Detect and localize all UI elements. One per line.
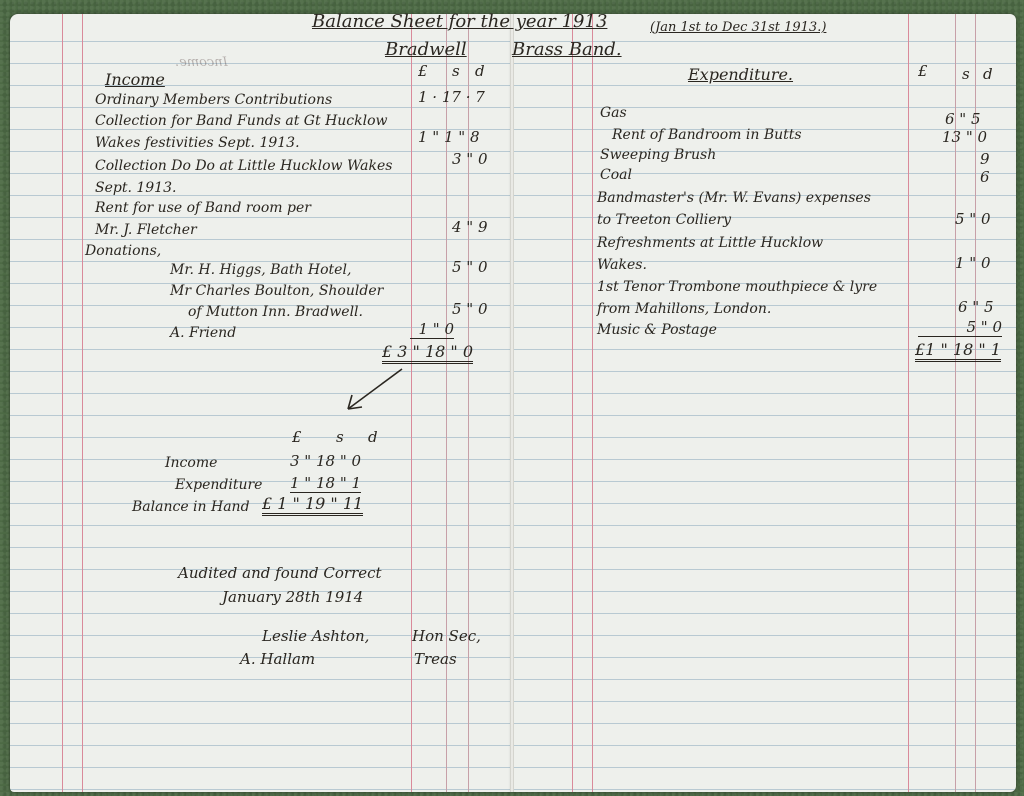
expenditure-item-label: Bandmaster's (Mr. W. Evans) expenses (597, 190, 871, 206)
income-item-label: Mr. H. Higgs, Bath Hotel, (170, 262, 351, 278)
income-item-label: Donations, (85, 243, 161, 259)
summary-header-pence: d (368, 428, 378, 446)
margin-rule (592, 14, 593, 792)
margin-rule (82, 14, 83, 792)
expenditure-item-label: Music & Postage (597, 322, 717, 338)
expenditure-item-label: Gas (600, 105, 627, 121)
income-item-label: Wakes festivities Sept. 1913. (95, 135, 300, 151)
signature-name: Leslie Ashton, (262, 628, 369, 644)
income-item-label: Sept. 1913. (95, 180, 176, 196)
margin-rule (572, 14, 573, 792)
header-pounds: £ (918, 62, 928, 80)
document-period: (Jan 1st to Dec 31st 1913.) (650, 20, 826, 36)
income-item-label: Mr. J. Fletcher (95, 222, 197, 238)
expenditure-item-amount: 1 " 0 (955, 254, 991, 272)
arrow-icon (340, 365, 410, 415)
header-shillings: s (962, 65, 970, 83)
expenditure-total: £1 " 18 " 1 (915, 340, 1001, 362)
income-item-label: Rent for use of Band room per (95, 200, 311, 216)
expenditure-item-label: Refreshments at Little Hucklow (597, 235, 823, 251)
bleed-through-text: Income. (175, 55, 228, 70)
income-item-amount: 1 " 0 (410, 320, 454, 339)
signature-role: Hon Sec, (412, 628, 481, 644)
summary-header-shillings: s (336, 428, 344, 446)
pounds-column-rule (411, 14, 412, 792)
expenditure-item-amount: 5 " 0 (918, 318, 1002, 337)
summary-value: 1 " 18 " 1 (290, 474, 361, 493)
summary-value: 3 " 18 " 0 (290, 452, 361, 470)
summary-header-pounds: £ (292, 428, 302, 446)
expenditure-item-label: Wakes. (597, 257, 647, 273)
document-title: Balance Sheet for the year 1913 (312, 14, 607, 30)
income-item-amount: 5 " 0 (452, 300, 488, 318)
header-pounds: £ (418, 62, 428, 80)
expenditure-item-label: Coal (600, 167, 632, 183)
income-item-label: Mr Charles Boulton, Shoulder (170, 283, 383, 299)
audit-date: January 28th 1914 (222, 589, 363, 605)
income-total: £ 3 " 18 " 0 (382, 342, 473, 364)
income-item-label: A. Friend (170, 325, 236, 341)
income-item-amount: 1 " 1 " 8 (418, 128, 480, 146)
pounds-column-rule (908, 14, 909, 792)
signature-role: Treas (414, 651, 457, 667)
summary-label: Income (165, 455, 217, 471)
expenditure-item-label: 1st Tenor Trombone mouthpiece & lyre (597, 279, 877, 295)
expenditure-item-amount: 6 " 5 (958, 298, 994, 316)
income-heading: Income (105, 72, 165, 88)
summary-label: Expenditure (175, 477, 262, 493)
header-pence: d (475, 62, 485, 80)
income-item-label: Collection for Band Funds at Gt Hucklow (95, 113, 388, 129)
expenditure-item-amount: 5 " 0 (955, 210, 991, 228)
margin-rule (62, 14, 63, 792)
header-shillings: s (452, 62, 460, 80)
income-item-amount: 1 · 17 · 7 (418, 88, 485, 106)
income-item-amount: 5 " 0 (452, 258, 488, 276)
expenditure-item-label: to Treeton Colliery (597, 212, 731, 228)
summary-balance: £ 1 " 19 " 11 (262, 494, 363, 516)
income-item-label: Ordinary Members Contributions (95, 92, 332, 108)
organisation-name-left: Bradwell (385, 42, 467, 58)
organisation-name-right: Brass Band. (512, 42, 622, 58)
signature-name: A. Hallam (240, 651, 315, 667)
expenditure-item-label: Sweeping Brush (600, 147, 716, 163)
expenditure-item-amount: 6 (980, 168, 990, 186)
expenditure-item-amount: 13 " 0 (942, 128, 987, 146)
expenditure-item-amount: 9 (980, 150, 990, 168)
income-item-label: of Mutton Inn. Bradwell. (188, 304, 363, 320)
audit-statement: Audited and found Correct (178, 565, 382, 581)
header-pence: d (983, 65, 993, 83)
income-item-label: Collection Do Do at Little Hucklow Wakes (95, 158, 392, 174)
book-gutter (510, 14, 514, 792)
expenditure-item-amount: 6 " 5 (945, 110, 981, 128)
income-item-amount: 4 " 9 (452, 218, 488, 236)
income-item-amount: 3 " 0 (452, 150, 488, 168)
summary-label: Balance in Hand (132, 499, 250, 515)
expenditure-item-label: from Mahillons, London. (597, 301, 771, 317)
expenditure-heading: Expenditure. (688, 67, 793, 83)
expenditure-item-label: Rent of Bandroom in Butts (612, 127, 802, 143)
